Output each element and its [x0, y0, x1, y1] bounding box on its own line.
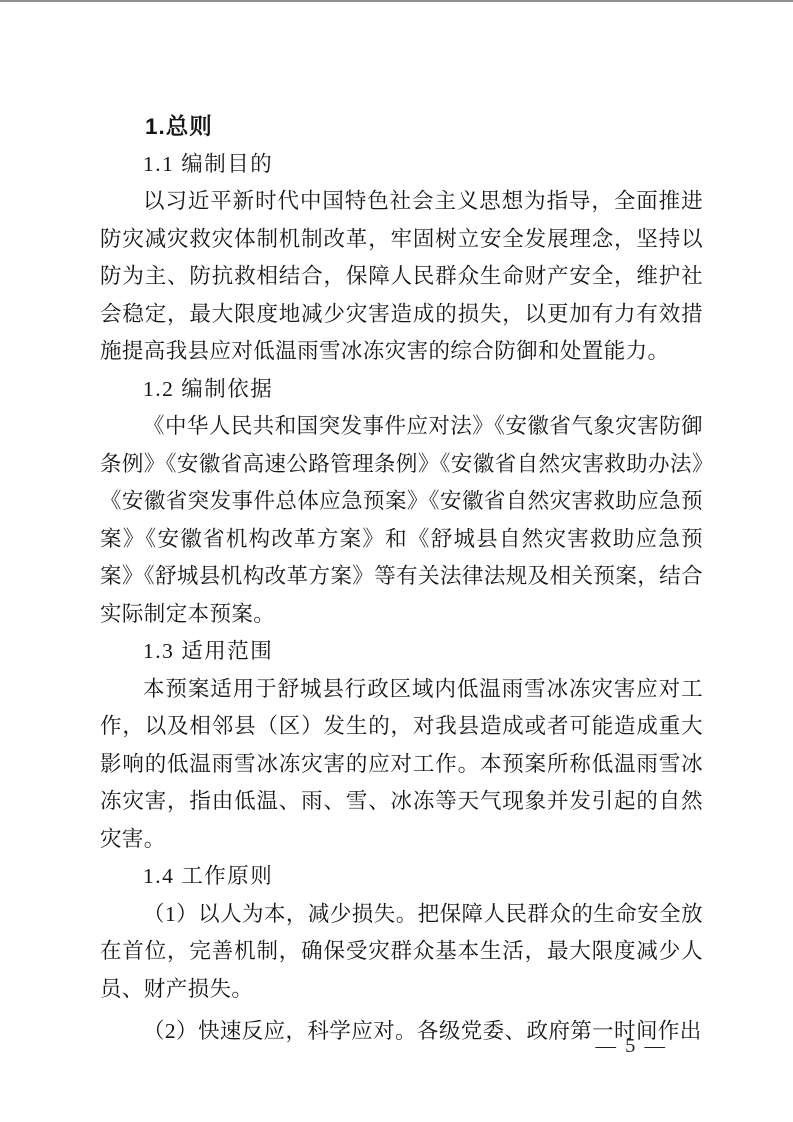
section-heading-1-2: 1.2 编制依据 [100, 371, 703, 409]
section-1-1-paragraph: 以习近平新时代中国特色社会主义思想为指导，全面推进防灾减灾救灾体制机制改革，牢固… [100, 183, 703, 371]
section-1-2-paragraph: 《中华人民共和国突发事件应对法》《安徽省气象灾害防御条例》《安徽省高速公路管理条… [100, 408, 703, 633]
document-page: 1.总则 1.1 编制目的 以习近平新时代中国特色社会主义思想为指导，全面推进防… [0, 0, 793, 1122]
document-body: 1.总则 1.1 编制目的 以习近平新时代中国特色社会主义思想为指导，全面推进防… [100, 108, 703, 1051]
section-heading-1-1: 1.1 编制目的 [100, 146, 703, 184]
section-heading-1-3: 1.3 适用范围 [100, 633, 703, 671]
chapter-heading: 1.总则 [100, 108, 703, 146]
section-1-4-paragraph-1: （1）以人为本，减少损失。把保障人民群众的生命安全放在首位，完善机制，确保受灾群… [100, 896, 703, 1009]
section-1-3-paragraph: 本预案适用于舒城县行政区域内低温雨雪冰冻灾害应对工作，以及相邻县（区）发生的，对… [100, 671, 703, 859]
section-heading-1-4: 1.4 工作原则 [100, 858, 703, 896]
page-number: — 5 — [596, 1035, 668, 1058]
